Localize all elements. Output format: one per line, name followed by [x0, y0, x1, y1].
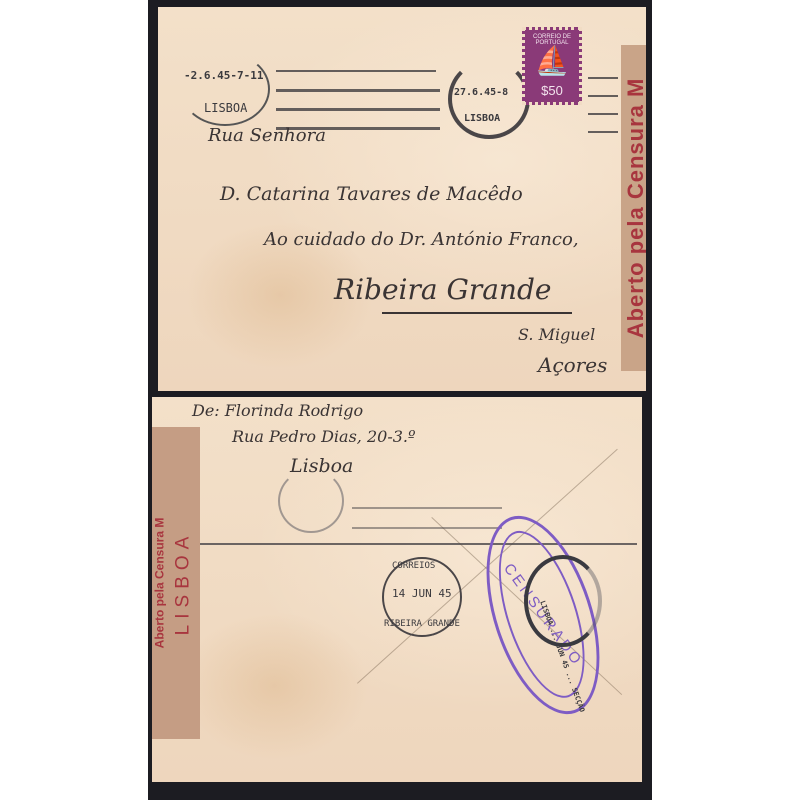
cancel-line	[276, 70, 436, 72]
sender-line-1: De: Florinda Rodrigo	[192, 401, 363, 420]
cancel-line	[588, 95, 618, 97]
cancel-line	[352, 527, 502, 529]
address-line-4: S. Miguel	[518, 325, 595, 344]
cancel-line	[276, 108, 440, 111]
sender-line-2: Rua Pedro Dias, 20-3.º	[232, 427, 416, 446]
address-line-5: Açores	[538, 353, 607, 377]
note-text: Rua Senhora	[208, 125, 326, 146]
postmark-left-date: -2.6.45-7-11	[184, 69, 263, 82]
censor-tape-main: LISBOA	[166, 427, 200, 739]
cancel-line	[276, 89, 440, 92]
postmark-faint	[278, 469, 344, 533]
stamp-value: $50	[525, 83, 579, 98]
postmark-right-date: 27.6.45-8	[454, 87, 508, 98]
arrival-postmark-date: 14 JUN 45	[392, 587, 452, 600]
caravel-ship-icon: ⛵	[525, 46, 579, 76]
cancel-line	[588, 131, 618, 133]
postmark-left-city: LISBOA	[204, 101, 247, 115]
postage-stamp: CORREIO DE PORTUGAL ⛵ $50	[522, 27, 582, 105]
envelope-front: -2.6.45-7-11 LISBOA 27.6.45-8 LISBOA COR…	[158, 7, 646, 391]
censor-tape-front: Aberto pela Censura M	[621, 45, 646, 371]
address-underline	[382, 312, 572, 314]
cancel-line	[352, 507, 502, 509]
arrival-postmark-top: CORREIOS	[392, 561, 435, 571]
arrival-postmark-city: RIBEIRA GRANDE	[384, 619, 460, 629]
postmark-right-city: LISBOA	[464, 113, 500, 124]
cancel-line	[588, 113, 618, 115]
postmark-right	[448, 59, 530, 139]
address-line-3: Ribeira Grande	[334, 273, 551, 306]
censor-tape-back: Aberto pela Censura M LISBOA	[152, 427, 200, 739]
censor-tape-edge-text: Aberto pela Censura M	[152, 518, 166, 649]
envelope-back: De: Florinda Rodrigo Rua Pedro Dias, 20-…	[152, 397, 642, 782]
address-line-1: D. Catarina Tavares de Macêdo	[220, 183, 523, 205]
censor-tape-main-text: LISBOA	[172, 531, 194, 636]
censor-tape-edge: Aberto pela Censura M	[152, 427, 166, 739]
cancel-line	[192, 543, 637, 545]
address-line-2: Ao cuidado do Dr. António Franco,	[264, 229, 579, 250]
transit-postmark	[524, 555, 602, 647]
cancel-line	[588, 77, 618, 79]
censor-tape-text: Aberto pela Censura M	[623, 78, 646, 339]
